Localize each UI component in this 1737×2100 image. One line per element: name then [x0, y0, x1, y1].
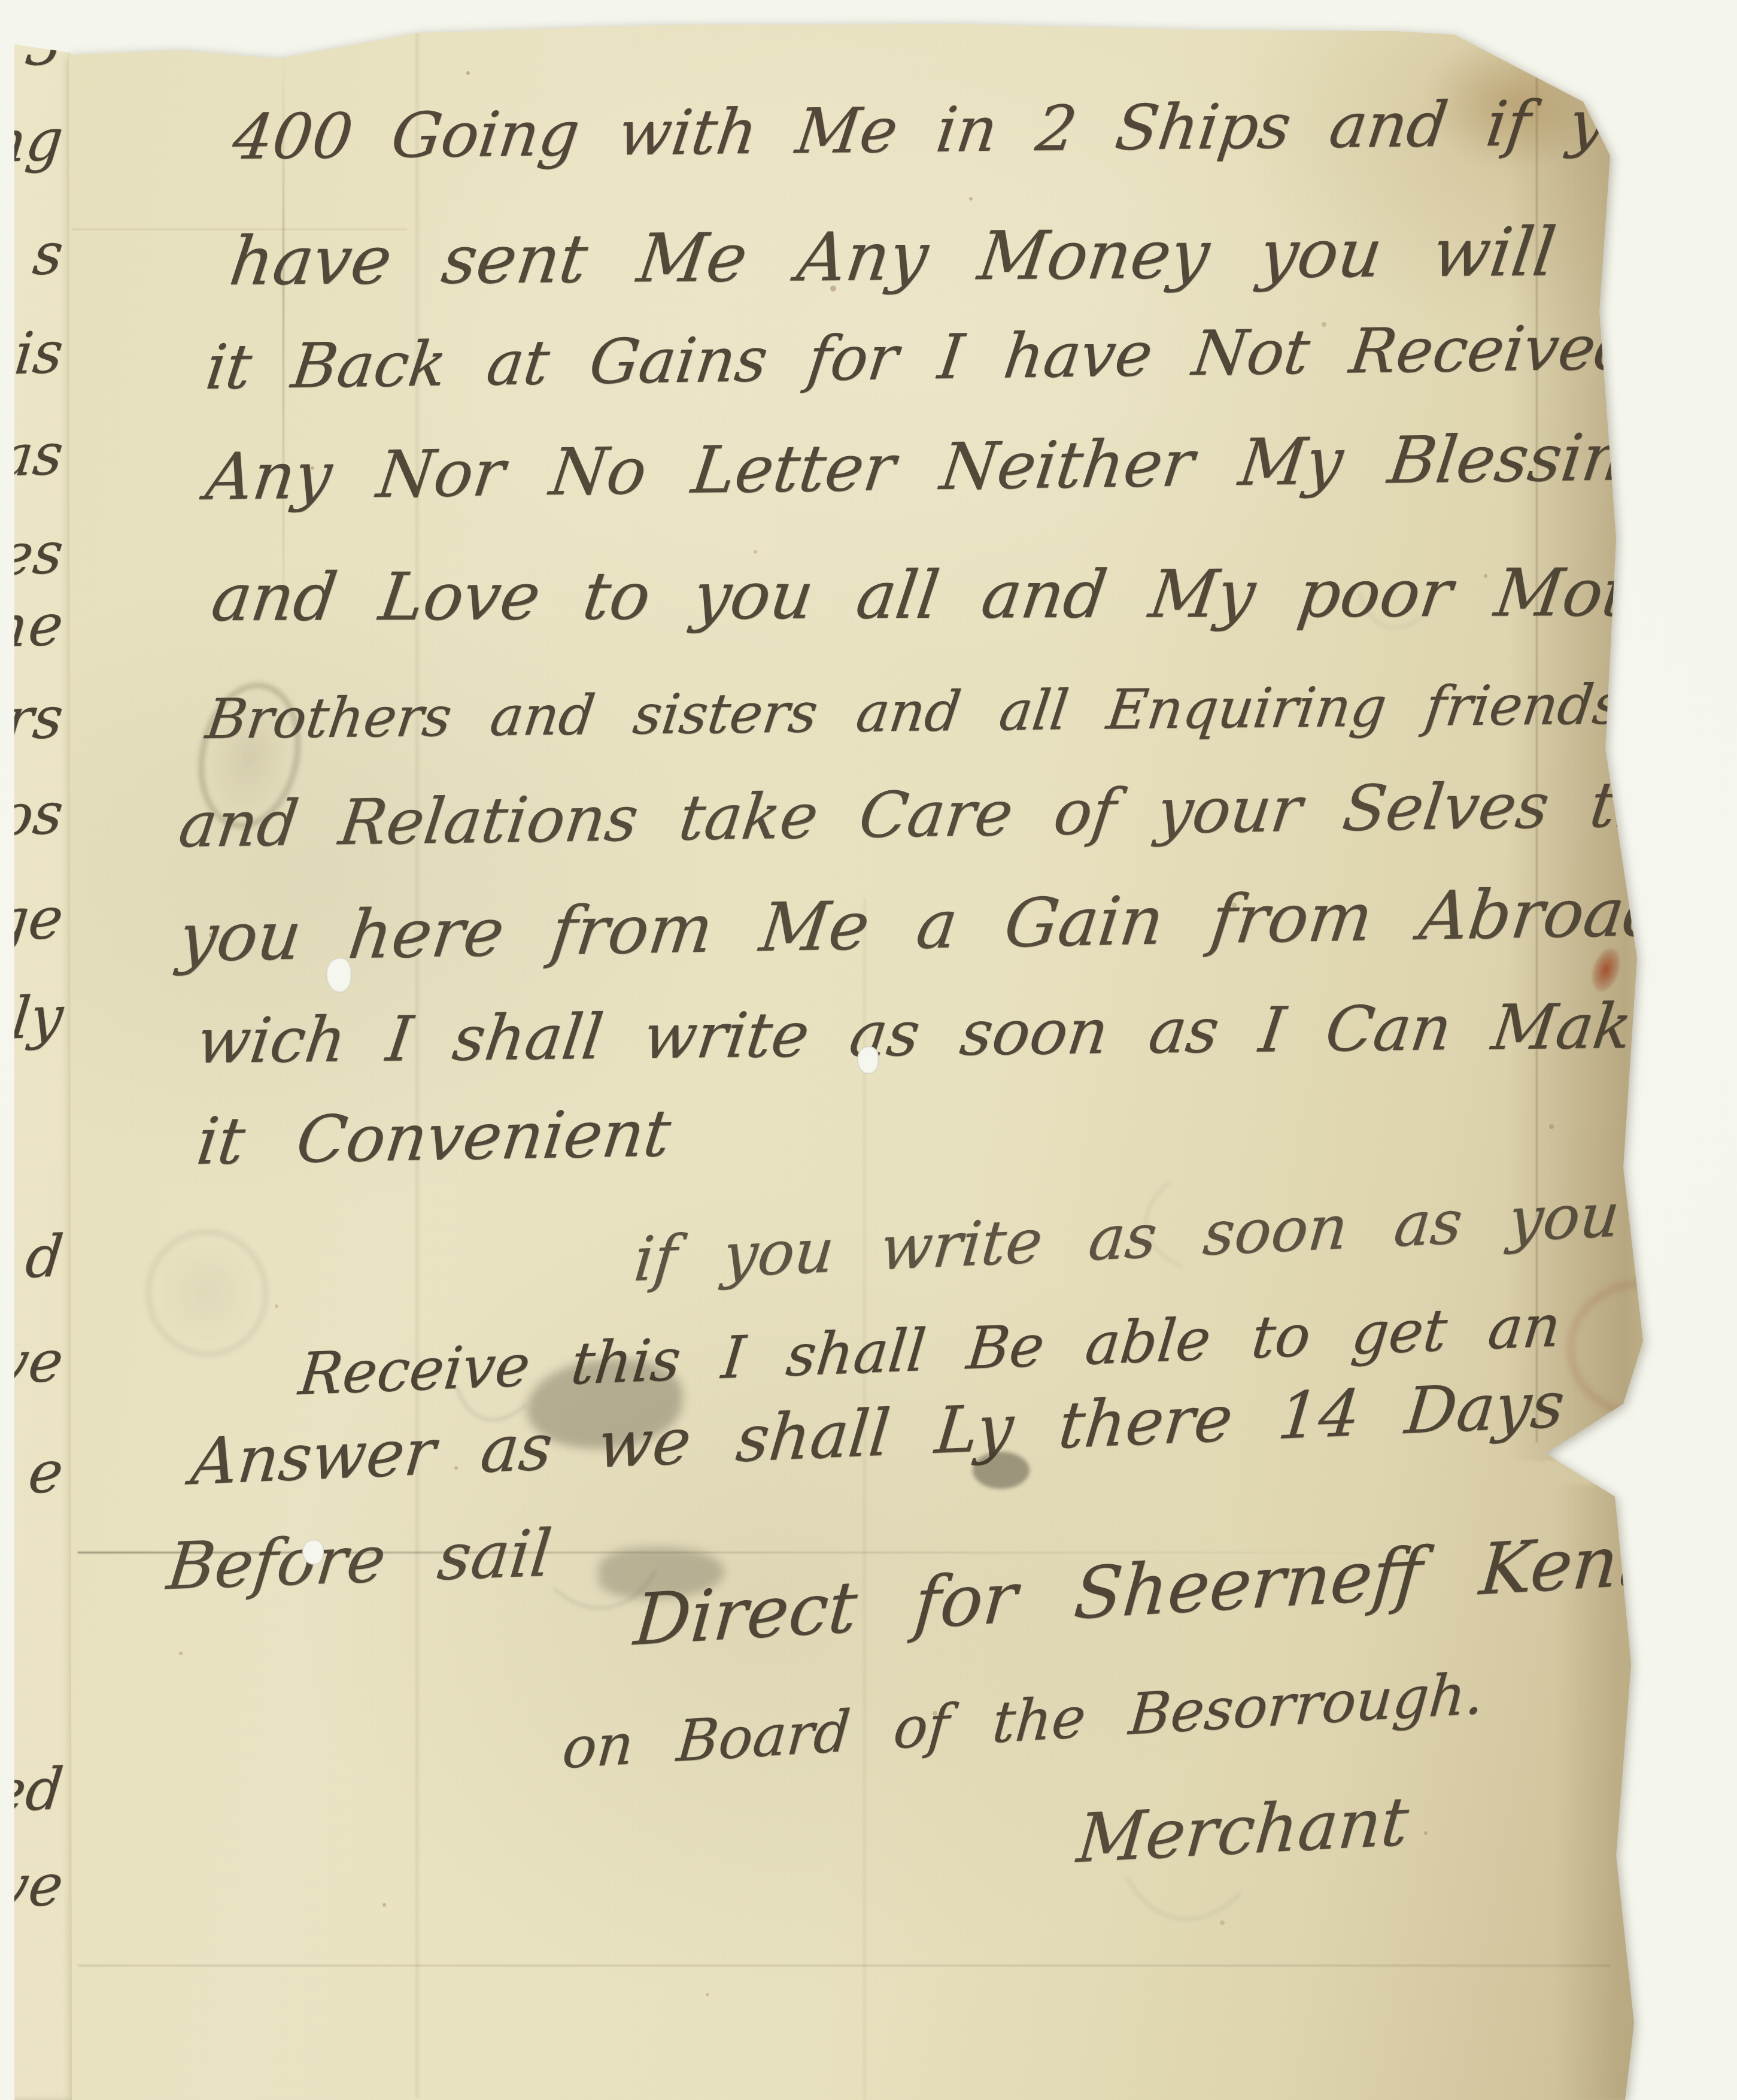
letter-line: Direct for Sheerneff Kent: [631, 1524, 1649, 1655]
paper-freckles: [0, 0, 2, 2]
letter-sheet: 400 Going with Me in 2 Ships and if youh…: [0, 0, 1737, 2100]
scan-background: { "letter": { "lines": [ "400 Going with…: [0, 0, 1737, 2100]
paper-hole: [326, 958, 351, 993]
paper-hole: [302, 1540, 324, 1565]
letter-line: on Board of the Besorrough.: [560, 1665, 1486, 1777]
fold-crease-horizontal: [78, 1552, 1425, 1553]
fold-crease-horizontal: [72, 229, 407, 230]
fold-crease-horizontal: [78, 1965, 1610, 1967]
letter-line: and Relations take Care of your Selves t…: [175, 773, 1680, 857]
paper-hole: [857, 1046, 879, 1074]
letter-line: it Convenient: [193, 1101, 674, 1175]
letter-line: 400 Going with Me in 2 Ships and if you: [229, 91, 1686, 168]
letter-sheet-shadow: 400 Going with Me in 2 Ships and if youh…: [0, 0, 1737, 2100]
letter-line: if you write as soon as you: [631, 1185, 1622, 1291]
letter-line: wich I shall write as soon as I Can Make: [193, 994, 1672, 1072]
letter-line: Before sail: [164, 1521, 554, 1600]
fold-crease-vertical: [416, 27, 418, 2098]
ink-smudge: [973, 1452, 1030, 1489]
letter-line: have sent Me Any Money you will have: [226, 217, 1737, 295]
letter-line: you here from Me a Gain from Abroad: [175, 879, 1671, 972]
fold-crease-vertical: [1536, 48, 1538, 1443]
letter-line: Any Nor No Letter Neither My Blessing: [202, 425, 1669, 510]
letter-line: and Love to you all and My poor Mother: [208, 559, 1737, 630]
fold-crease-vertical: [283, 51, 284, 620]
fold-crease-vertical: [864, 898, 866, 2100]
letter-line: Merchant: [1074, 1788, 1411, 1873]
